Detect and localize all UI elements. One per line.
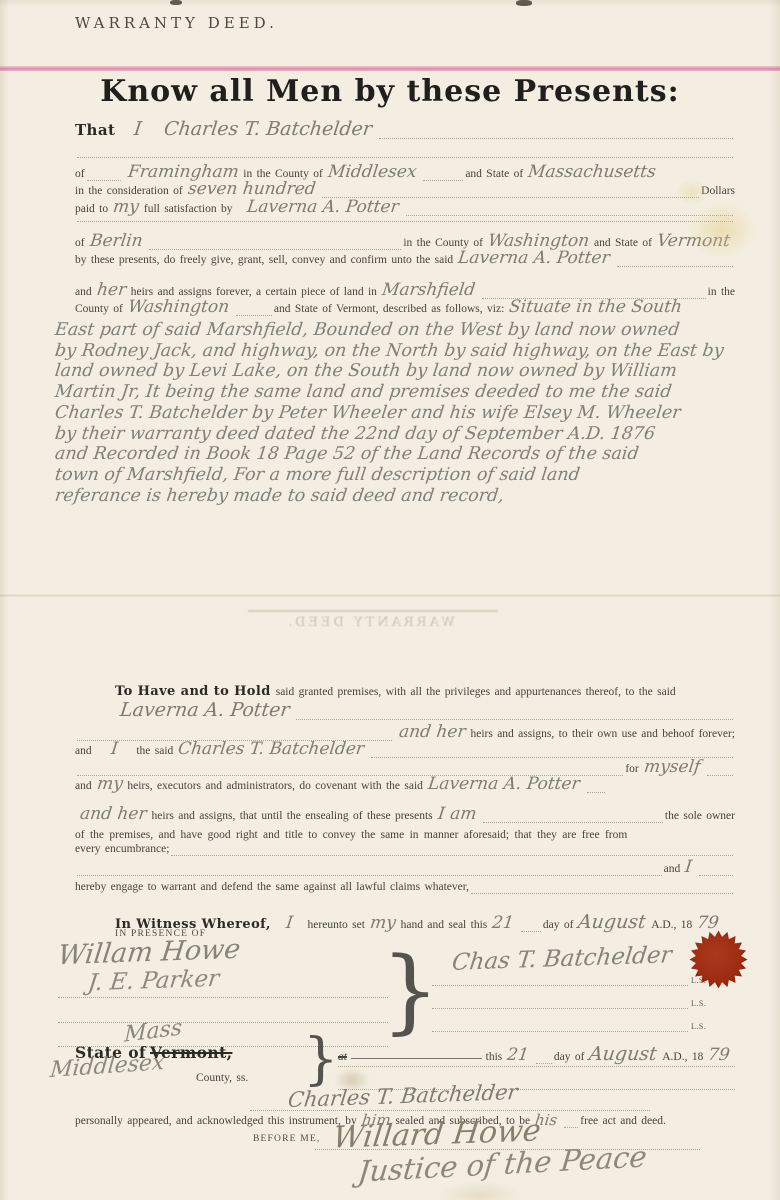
fold-crease [0,594,780,597]
description-line: by their warranty deed dated the 22nd da… [54,424,744,445]
day-hand: 21 [501,1047,535,1064]
county-ss-label: County, ss. [196,1071,248,1085]
grantor-name-hand: Charles T. Batchelder [172,741,370,758]
scan-mark [516,0,532,6]
day-hand: 21 [486,915,520,932]
ruled-line [77,219,733,222]
and-i-line: and I [75,852,735,876]
covenant-label: heirs, executors and administrators, do … [127,779,423,793]
witness-signature-2: J. E. Parker [86,966,220,997]
ruled-line [521,929,541,932]
day-of-label: day of [554,1050,585,1064]
sole-owner-label: the sole owner [665,809,735,823]
county-brace: } [303,1035,339,1085]
convey-label: by these presents, do freely give, grant… [75,253,453,267]
ruled-line [483,820,663,823]
notary-seal [689,930,748,989]
ack-date-line: at this 21 day of August A.D., 18 79 [338,1042,735,1064]
ruled-line [432,985,688,986]
ls-label: L.S. [691,1022,706,1031]
ruled-line [536,1061,552,1064]
grantor-pronoun: I [128,120,148,139]
described-label: and State of Vermont, described as follo… [274,302,504,316]
ruled-line [564,1125,578,1128]
deed-title: Know all Men by these Presents: [0,74,780,109]
ruled-line [699,873,733,876]
at-label-struck: at [338,1050,347,1064]
grantee-name-hand: Laverna A. Potter [241,199,405,216]
scan-mark [170,0,182,5]
year-hand: 79 [702,1047,736,1064]
description-line: by Rodney Jack, and highway, on the Nort… [54,341,744,362]
grantor-signature: Chas T. Batchelder [450,942,673,976]
payment-line: paid to my full satisfaction by Laverna … [75,192,735,216]
bleedthrough-rule [248,610,498,612]
witness-brace: } [381,950,440,1033]
description-line: Charles T. Batchelder by Peter Wheeler a… [54,403,744,424]
description-line: referance is hereby made to said deed an… [54,486,744,507]
month-hand: August [583,1045,663,1064]
i-pronoun-hand: I [105,741,124,758]
description-line: town of Marshfield, For a more full desc… [54,465,744,486]
ruled-line [58,1022,388,1023]
grantee-name-hand: Laverna A. Potter [452,250,616,267]
i-am-hand: I am [432,806,482,823]
grantor-name-hand: Charles T. Batchelder [158,120,378,139]
warrant-text: hereby engage to warrant and defend the … [75,880,469,894]
description-line: East part of said Marshfield, Bounded on… [54,320,744,341]
ensealing-line: and her heirs and assigns, that until th… [75,798,735,823]
description-start-hand: Situate in the South [503,299,688,316]
hand-seal-label: hand and seal this [401,918,488,932]
ruled-line [617,264,733,267]
description-line: land owned by Levi Lake, on the South by… [54,361,744,382]
pen-stroke [351,1056,482,1059]
month-hand: August [572,913,652,932]
grantee-name-hand: Laverna A. Potter [422,776,586,793]
i-pronoun-hand: I [679,859,698,876]
satisfaction-label: full satisfaction by [144,202,233,216]
and-label: and [664,862,681,876]
ruled-line [406,213,733,216]
land-county-line: County of Washington and State of Vermon… [75,292,735,316]
description-line: Martin Jr, It being the same land and pr… [54,382,744,403]
ruled-line [587,790,605,793]
ruled-line [379,136,733,139]
warrant-line: hereby engage to warrant and defend the … [75,879,735,894]
ad-label: A.D., 18 [662,1050,703,1064]
county-hand: Middlesex [49,1050,165,1083]
the-said-label: the said [136,744,173,758]
ruled-line [432,1008,688,1009]
conveyance-line: by these presents, do freely give, grant… [75,243,735,267]
my-pronoun-hand: my [91,776,129,793]
land-county-hand: Washington [122,299,235,316]
ruled-line [58,997,388,998]
pink-rule-divider [0,66,780,71]
and-label: and [75,744,92,758]
description-line: and Recorded in Book 18 Page 52 of the L… [54,444,744,465]
property-description-hand: East part of said Marshfield, Bounded on… [55,320,742,506]
warranty-deed-document: WARRANTY DEED. Know all Men by these Pre… [0,0,780,1200]
document-type-label: WARRANTY DEED. [75,14,278,32]
and-label: and [75,779,92,793]
ad-label: A.D., 18 [651,918,692,932]
ruled-line [236,313,272,316]
before-me-label: BEFORE ME, [253,1134,320,1144]
my-pronoun-hand: my [364,915,402,932]
ruled-line [338,1066,735,1067]
county-of-label: County of [75,302,123,316]
and-her-hand: and her [74,806,153,823]
ruled-line [77,873,662,876]
ruled-line [471,891,733,894]
blank-rule [75,219,735,222]
bleedthrough-text: WARRANTY DEED. [265,615,475,630]
good-right-line: of the premises, and have good right and… [75,827,735,842]
day-of-label: day of [543,918,574,932]
i-pronoun-hand: I [280,915,299,932]
good-right-text: of the premises, and have good right and… [75,828,627,842]
free-act-label: free act and deed. [580,1114,666,1128]
ensealing-label: heirs and assigns, that until the enseal… [152,809,433,823]
appeared-label: personally appeared, and acknowledged th… [75,1114,357,1128]
paid-pronoun-hand: my [107,199,145,216]
covenantor-line: and I the said Charles T. Batchelder [75,733,735,758]
grantor-line: That I Charles T. Batchelder [75,110,735,139]
ls-label: L.S. [691,999,706,1008]
ruled-line [432,1031,688,1032]
that-label: That [75,121,115,139]
covenant-line: and my heirs, executors and administrato… [75,768,735,793]
ruled-line [250,1110,650,1111]
paid-to-label: paid to [75,202,108,216]
this-label: this [486,1050,503,1064]
hereunto-label: hereunto set [308,918,365,932]
